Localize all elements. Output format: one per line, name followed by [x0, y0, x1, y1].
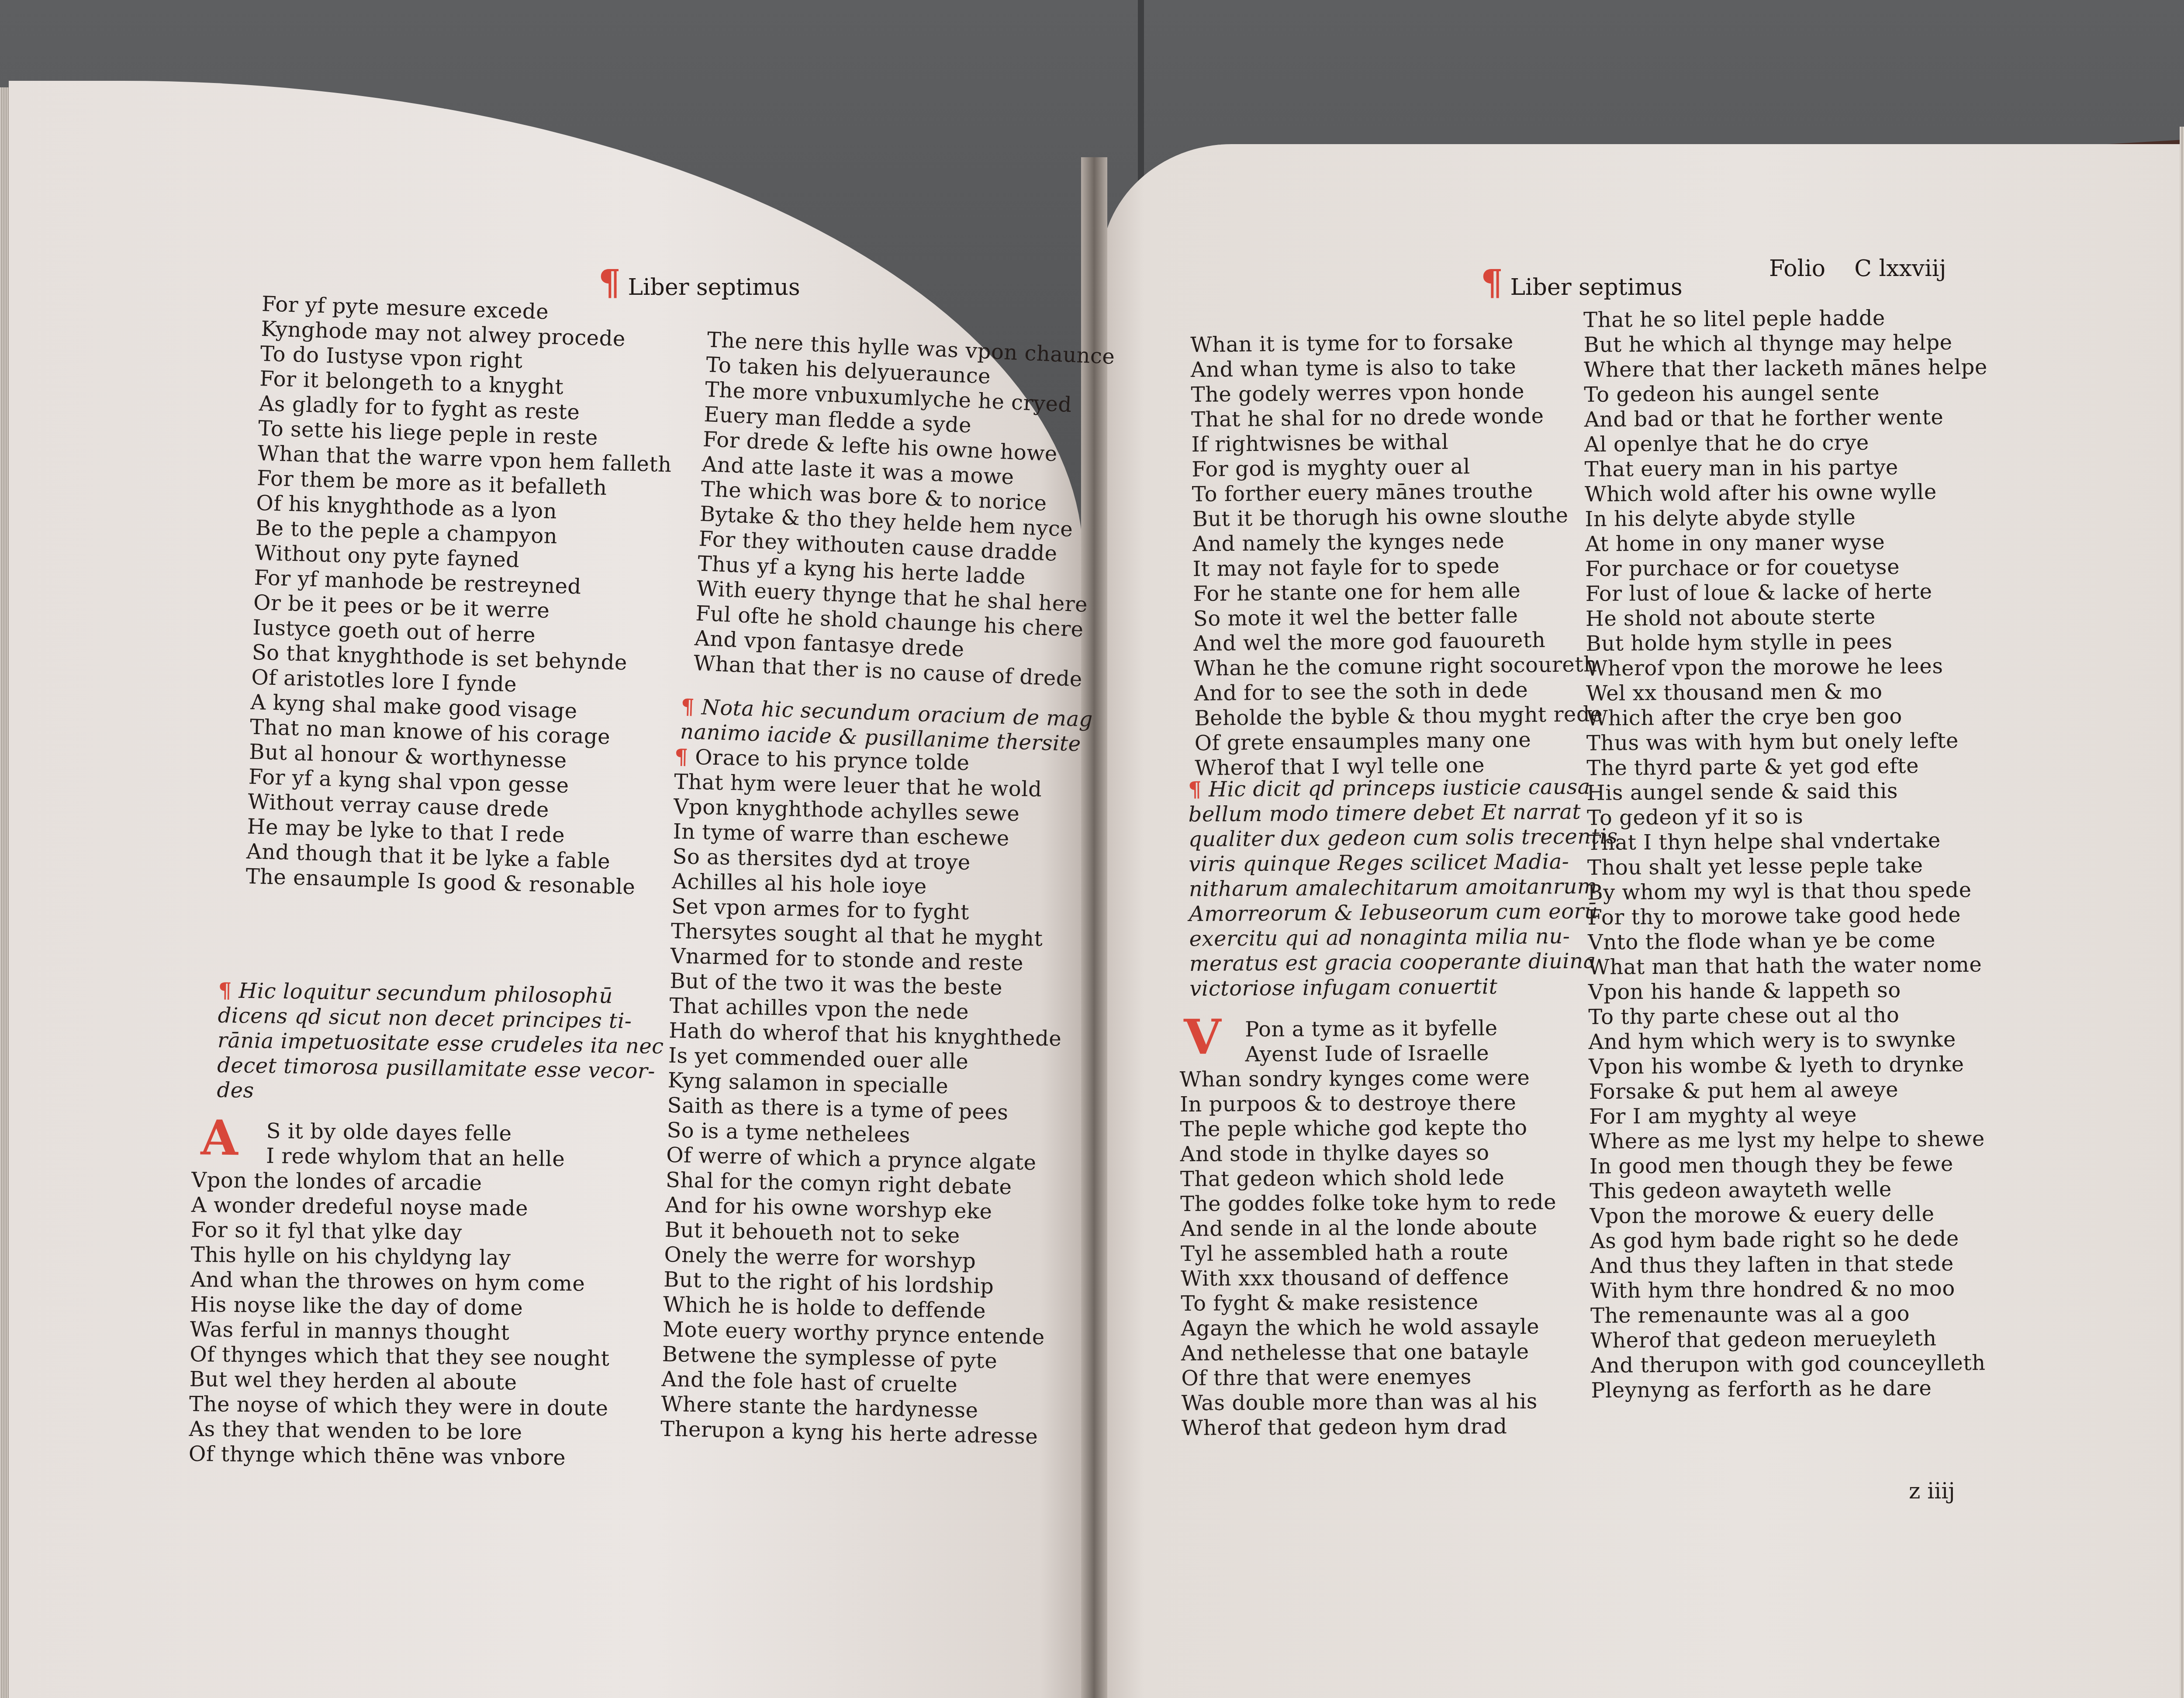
- verse-line: To gedeon yf it so is: [1587, 803, 1990, 831]
- verse-line: As god hym bade right so he dede: [1590, 1226, 1994, 1253]
- verse-line: He shold not aboute sterte: [1586, 604, 1989, 632]
- verse-line: Of thre that were enemyes: [1181, 1364, 1557, 1391]
- verse-line: His aungel sende & said this: [1587, 778, 1990, 806]
- left-col1-latin-note: ¶ Hic loquitur secundum philosophūdicens…: [217, 978, 665, 1109]
- verse-line: To thy parte chese out al tho: [1588, 1002, 1992, 1030]
- right-col1-verse-b: V Pon a tyme as it byfelleAyenst Iude of…: [1179, 1015, 1558, 1440]
- verse-line: It may not fayle for to spede: [1192, 552, 1601, 582]
- verse-line: That he shal for no drede wonde: [1191, 403, 1600, 432]
- verse-line: Thou shalt yet lesse peple take: [1587, 853, 1991, 880]
- pilcrow-icon: ¶: [598, 262, 621, 303]
- verse-line: For lust of loue & lacke of herte: [1585, 579, 1989, 607]
- verse-line: In purpoos & to destroye there: [1180, 1090, 1556, 1117]
- folio-number: Folio C lxxviij: [1769, 255, 1946, 282]
- verse-line: To fyght & make resistence: [1181, 1289, 1557, 1316]
- verse-line: Ayenst Iude of Israelle: [1245, 1040, 1555, 1067]
- verse-line: Whan he the comune right socoureth: [1194, 652, 1602, 681]
- verse-line: And nethelesse that one batayle: [1181, 1339, 1557, 1366]
- verse-line: Vpon the morowe & euery delle: [1590, 1201, 1993, 1229]
- verse-line: Beholde the byble & thou myght rede: [1194, 702, 1603, 731]
- pilcrow-icon: ¶: [674, 745, 688, 770]
- verse-line: Which wold after his owne wylle: [1585, 480, 1988, 507]
- verse-line: Wherof vpon the morowe he lees: [1586, 654, 1990, 681]
- verse-line: And hym which wery is to swynke: [1589, 1027, 1992, 1055]
- verse-line: For purchace or for couetyse: [1585, 554, 1989, 582]
- verse-line: victoriose infugam conuertit: [1189, 973, 1619, 1001]
- drop-cap-initial: A: [200, 1118, 238, 1158]
- folio-label: Folio: [1769, 255, 1825, 282]
- verse-line: In his delyte abyde stylle: [1585, 504, 1988, 532]
- verse-line: For he stante one for hem alle: [1193, 577, 1601, 607]
- verse-line: Pon a tyme as it byfelle: [1245, 1015, 1555, 1042]
- verse-line: The thyrd parte & yet god efte: [1586, 753, 1990, 781]
- verse-line: The noyse of which they were in doute: [189, 1392, 609, 1421]
- verse-line: S it by olde dayes felle: [266, 1119, 612, 1147]
- verse-line: Vnto the flode whan ye be come: [1588, 928, 1991, 955]
- verse-line: For I am myghty al weye: [1589, 1102, 1993, 1129]
- verse-line: The peple whiche god kepte tho: [1180, 1115, 1556, 1142]
- verse-line: And wel the more god fauoureth: [1193, 627, 1602, 656]
- pilcrow-icon: ¶: [681, 694, 695, 719]
- verse-line: meratus est gracia cooperante diuina: [1189, 949, 1619, 977]
- verse-line: And stode in thylke dayes so: [1180, 1140, 1556, 1167]
- verse-line: Was double more than was al his: [1181, 1389, 1557, 1416]
- verse-line: bellum modo timere debet Et narrat: [1188, 799, 1617, 827]
- verse-line: Where as me lyst my helpe to shewe: [1589, 1127, 1993, 1154]
- folio-value: C lxxviij: [1854, 255, 1946, 282]
- verse-line: nitharum amalechitarum amoitanrum: [1189, 874, 1618, 902]
- verse-line: So mote it wel the better falle: [1193, 602, 1602, 632]
- verse-line: Of grete ensaumples many one: [1195, 727, 1603, 756]
- pilcrow-icon: ¶: [218, 978, 232, 1003]
- left-col2-verse-b: ¶ Orace to his prynce tolde That hym wer…: [660, 745, 1068, 1450]
- verse-line: With xxx thousand of deffence: [1181, 1264, 1557, 1291]
- verse-line: Vpon his hande & lappeth so: [1588, 977, 1992, 1005]
- right-col1-verse-a: Whan it is tyme for to forsakeAnd whan t…: [1190, 328, 1603, 781]
- verse-line: Al openlye that he do crye: [1584, 430, 1988, 457]
- verse-line: By whom my wyl is that thou spede: [1587, 878, 1991, 905]
- signature-mark: z iiij: [1909, 1478, 1955, 1504]
- pilcrow-icon: ¶: [1188, 777, 1202, 802]
- verse-line: For god is myghty ouer al: [1192, 453, 1600, 482]
- verse-line: Forsake & put hem al aweye: [1589, 1077, 1992, 1104]
- verse-line: A wonder dredeful noyse made: [191, 1193, 612, 1222]
- verse-line: And whan tyme is also to take: [1191, 353, 1599, 383]
- verse-line: Wel xx thousand men & mo: [1586, 679, 1990, 706]
- verse-line: This hylle on his chyldyng lay: [190, 1242, 611, 1272]
- right-running-header: ¶ Liber septimus: [1481, 262, 1683, 303]
- verse-line: And for to see the soth in dede: [1194, 677, 1602, 706]
- verse-line: To forther euery mānes trouthe: [1192, 478, 1600, 507]
- verse-line: Wherof that gedeon merueyleth: [1590, 1325, 1994, 1353]
- verse-line: Pleynyng as ferforth as he dare: [1591, 1375, 1994, 1403]
- verse-line: That he so litel peple hadde: [1583, 305, 1987, 333]
- verse-line: qualiter dux gedeon cum solis trecentis: [1189, 824, 1618, 852]
- verse-line: viris quinque Reges scilicet Madia-: [1189, 849, 1618, 877]
- verse-line: Where that ther lacketh mānes helpe: [1584, 355, 1987, 383]
- verse-line: Agayn the which he wold assayle: [1181, 1314, 1557, 1341]
- right-page-edges: [2180, 127, 2184, 1698]
- drop-cap-initial: V: [1184, 1017, 1221, 1056]
- left-running-header: ¶ Liber septimus: [598, 262, 800, 303]
- verse-line: The remenaunte was al a goo: [1590, 1301, 1994, 1328]
- verse-line: And therupon with god counceylleth: [1591, 1350, 1994, 1378]
- verse-line: And thus they laften in that stede: [1590, 1251, 1994, 1278]
- verse-line: Vpon his wombe & lyeth to drynke: [1589, 1052, 1992, 1080]
- verse-line: But holde hym stylle in pees: [1586, 629, 1989, 656]
- verse-line: The goddes folke toke hym to rede: [1180, 1190, 1556, 1217]
- verse-line: To gedeon his aungel sente: [1584, 380, 1987, 407]
- left-col1-verse-b: A S it by olde dayes felleI rede whylom …: [189, 1118, 612, 1471]
- verse-line: And bad or that he forther wente: [1584, 405, 1988, 432]
- verse-line: And whan the throwes on hym come: [190, 1267, 611, 1297]
- running-title: Liber septimus: [628, 274, 800, 300]
- verse-line: What man that hath the water nome: [1588, 953, 1991, 980]
- verse-line: Was ferful in mannys thought: [190, 1317, 610, 1346]
- verse-line: But wel they herden al aboute: [189, 1367, 609, 1396]
- left-col2-verse-a: The nere this hylle was vpon chaunceTo t…: [693, 328, 1116, 693]
- verse-line: For thy to morowe take good hede: [1588, 903, 1991, 930]
- left-col1-verse-a: For yf pyte mesure excedeKynghode may no…: [245, 292, 676, 901]
- verse-line: The godely werres vpon honde: [1191, 378, 1599, 407]
- verse-line: For so it fyl that ylke day: [191, 1218, 611, 1247]
- right-col2-verse: That he so litel peple haddeBut he which…: [1583, 305, 1994, 1403]
- verse-line: Wherof that gedeon hym drad: [1182, 1414, 1558, 1441]
- verse-line: That euery man in his partye: [1584, 455, 1988, 482]
- verse-line: Whan sondry kynges come were: [1180, 1065, 1556, 1092]
- verse-line: That gedeon which shold lede: [1180, 1165, 1556, 1192]
- verse-line: Vpon the londes of arcadie: [191, 1168, 612, 1197]
- verse-line: Whan it is tyme for to forsake: [1190, 328, 1599, 358]
- verse-line: Of thynge which thēne was vnbore: [189, 1442, 609, 1471]
- verse-line: Thus was with hym but onely lefte: [1586, 728, 1990, 756]
- verse-line: That I thyn helpe shal vndertake: [1587, 828, 1990, 856]
- running-title: Liber septimus: [1510, 274, 1682, 300]
- verse-line: I rede whylom that an helle: [266, 1144, 612, 1172]
- verse-line: But he which al thynge may helpe: [1583, 330, 1987, 358]
- verse-line: Hic loquitur secundum philosophū: [238, 979, 613, 1008]
- verse-line: And namely the kynges nede: [1192, 528, 1601, 557]
- verse-line: Amorreorum & Iebuseorum cum eorū: [1189, 899, 1618, 927]
- verse-line: Hic dicit qd princeps iusticie causa: [1209, 775, 1590, 802]
- verse-line: Of thynges which that they see nought: [190, 1342, 610, 1371]
- verse-line: His noyse like the day of dome: [190, 1292, 610, 1322]
- verse-line: With hym thre hondred & no moo: [1590, 1276, 1994, 1303]
- verse-line: And sende in al the londe aboute: [1180, 1215, 1556, 1242]
- verse-line: But it be thorugh his owne slouthe: [1192, 503, 1600, 532]
- pilcrow-icon: ¶: [1481, 262, 1503, 303]
- verse-line: exercitu qui ad nonaginta milia nu-: [1189, 924, 1618, 952]
- verse-line: At home in ony maner wyse: [1585, 529, 1989, 557]
- verse-line: As they that wenden to be lore: [189, 1417, 609, 1446]
- verse-line: In good men though they be fewe: [1590, 1152, 1993, 1179]
- verse-line: This gedeon awayteth welle: [1590, 1177, 1993, 1204]
- right-col1-latin-note: ¶ Hic dicit qd princeps iusticie causabe…: [1188, 774, 1619, 1001]
- verse-line: Tyl he assembled hath a route: [1181, 1239, 1557, 1267]
- verse-line: If rightwisnes be withal: [1191, 428, 1600, 457]
- verse-line: Which after the crye ben goo: [1586, 704, 1990, 731]
